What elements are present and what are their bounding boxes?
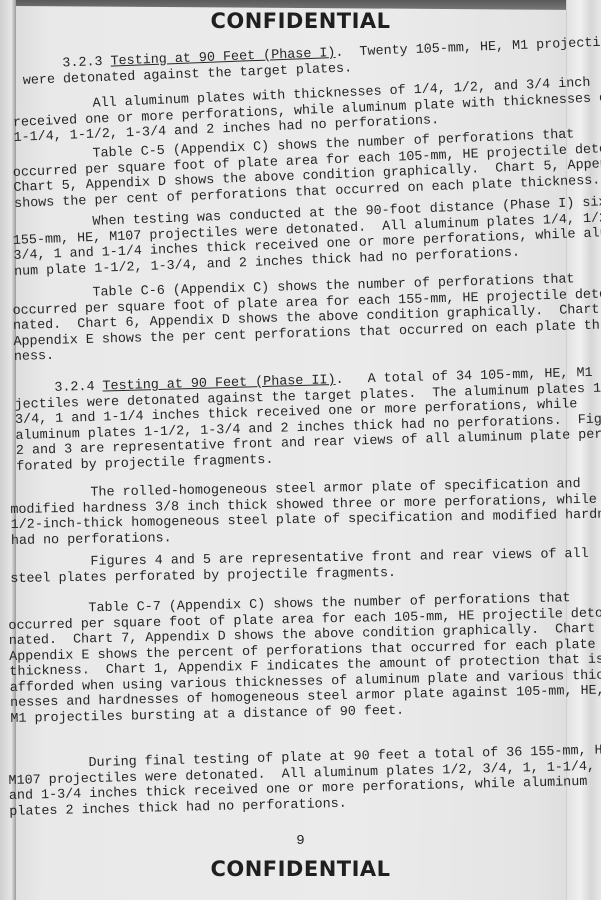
section-number: 3.2.4 xyxy=(54,380,103,396)
indent xyxy=(22,56,63,73)
page-number: 9 xyxy=(0,833,601,849)
classification-footer: CONFIDENTIAL xyxy=(0,857,601,881)
section-number: 3.2.3 xyxy=(62,55,111,72)
paragraph-p5: Table C-6 (Appendix C) shows the number … xyxy=(12,272,579,365)
paragraph-p7: The rolled-homogeneous steel armor plate… xyxy=(10,477,576,549)
paragraph-p9: Table C-7 (Appendix C) shows the number … xyxy=(8,591,575,727)
classification-header: CONFIDENTIAL xyxy=(0,9,601,33)
paragraph-p6: 3.2.4 Testing at 90 Feet (Phase II). A t… xyxy=(14,366,581,475)
indent xyxy=(14,381,55,397)
